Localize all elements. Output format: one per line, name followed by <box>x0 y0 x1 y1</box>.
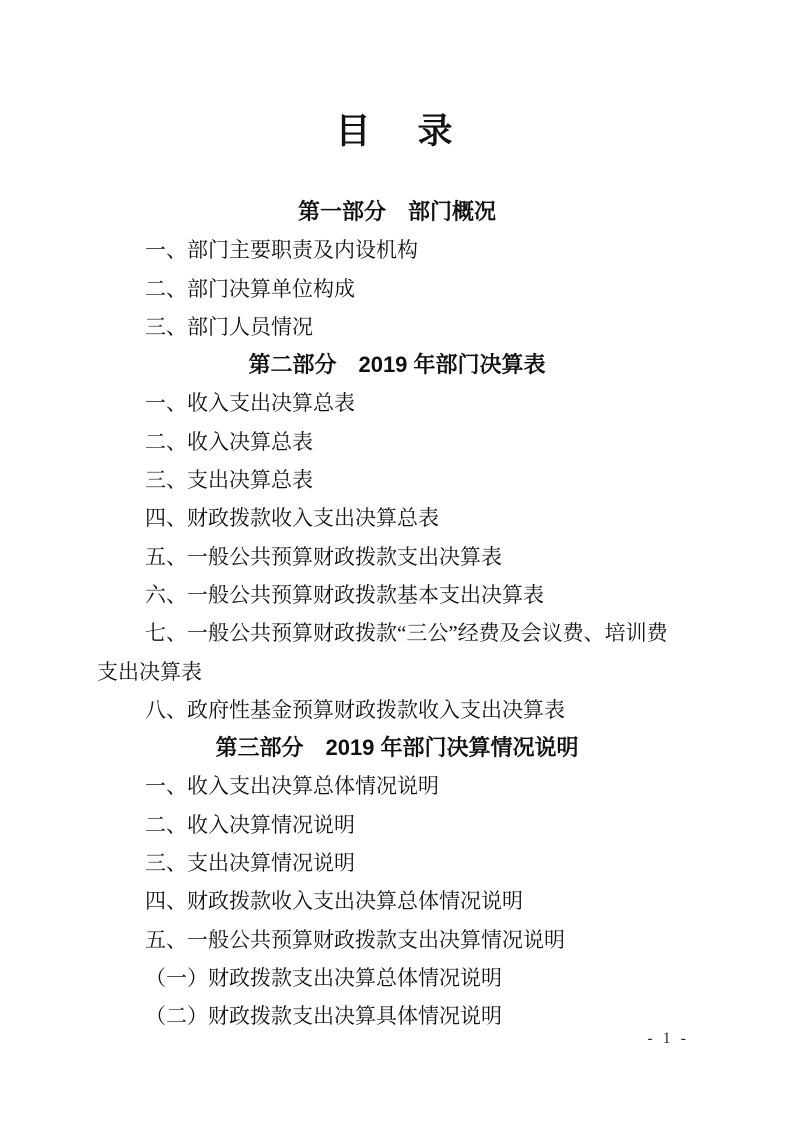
section-heading: 第二部分 2019 年部门决算表 <box>97 346 697 384</box>
document-title: 目 录 <box>97 108 697 156</box>
toc-item: 一、收入支出决算总表 <box>97 384 697 422</box>
toc-item: 一、部门主要职责及内设机构 <box>97 231 697 269</box>
toc-item: （二）财政拨款支出决算具体情况说明 <box>97 997 697 1035</box>
toc-item: （一）财政拨款支出决算总体情况说明 <box>97 959 697 997</box>
toc-item: 一、收入支出决算总体情况说明 <box>97 767 697 805</box>
toc-item: 三、支出决算总表 <box>97 461 697 499</box>
toc-item: 二、收入决算总表 <box>97 423 697 461</box>
page-number: - 1 - <box>647 1030 689 1048</box>
toc-item: 六、一般公共预算财政拨款基本支出决算表 <box>97 576 697 614</box>
toc-item: 四、财政拨款收入支出决算总表 <box>97 499 697 537</box>
toc-item: 七、一般公共预算财政拨款“三公”经费及会议费、培训费 支出决算表 <box>97 614 697 691</box>
toc-body: 第一部分 部门概况一、部门主要职责及内设机构二、部门决算单位构成三、部门人员情况… <box>97 193 697 1036</box>
toc-item: 三、支出决算情况说明 <box>97 844 697 882</box>
toc-item: 四、财政拨款收入支出决算总体情况说明 <box>97 882 697 920</box>
toc-item: 八、政府性基金预算财政拨款收入支出决算表 <box>97 691 697 729</box>
document-page: 目 录 第一部分 部门概况一、部门主要职责及内设机构二、部门决算单位构成三、部门… <box>0 0 793 1122</box>
toc-content: 目 录 第一部分 部门概况一、部门主要职责及内设机构二、部门决算单位构成三、部门… <box>97 0 697 1036</box>
toc-item: 二、部门决算单位构成 <box>97 270 697 308</box>
toc-item: 五、一般公共预算财政拨款支出决算表 <box>97 538 697 576</box>
toc-item: 三、部门人员情况 <box>97 308 697 346</box>
toc-item: 五、一般公共预算财政拨款支出决算情况说明 <box>97 921 697 959</box>
section-heading: 第一部分 部门概况 <box>97 193 697 231</box>
section-heading: 第三部分 2019 年部门决算情况说明 <box>97 729 697 767</box>
toc-item: 二、收入决算情况说明 <box>97 806 697 844</box>
